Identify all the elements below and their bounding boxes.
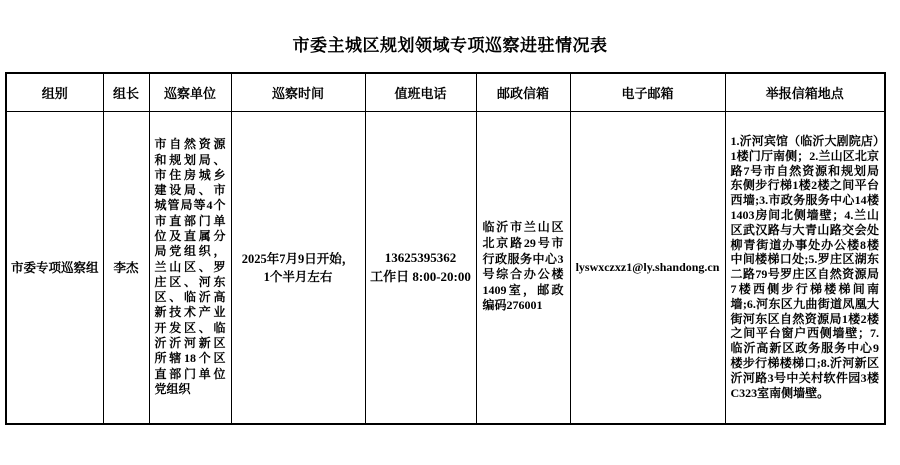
cell-postal: 临沂市兰山区北京路29号市行政服务中心3号综合办公楼1409室，邮政编码2760… <box>476 111 570 424</box>
col-header-leader: 组长 <box>103 73 149 111</box>
cell-locations: 1.沂河宾馆（临沂大剧院店）1楼门厅南侧；2.兰山区北京路7号市自然资源和规划局… <box>725 111 885 424</box>
cell-leader: 李杰 <box>103 111 149 424</box>
col-header-locations: 举报信箱地点 <box>725 73 885 111</box>
col-header-group: 组别 <box>6 73 103 111</box>
col-header-phone: 值班电话 <box>365 73 476 111</box>
col-header-postal: 邮政信箱 <box>476 73 570 111</box>
cell-units: 市自然资源和规划局、市住房城乡建设局、市城管局等4个市直部门单位及直属分局党组织… <box>149 111 231 424</box>
document-page: 市委主城区规划领域专项巡察进驻情况表 组别 组长 巡察单位 巡察时间 值班电话 … <box>0 0 900 465</box>
cell-time: 2025年7月9日开始， 1个半月左右 <box>231 111 365 424</box>
page-title: 市委主城区规划领域专项巡察进驻情况表 <box>0 31 900 56</box>
cell-group: 市委专项巡察组 <box>6 111 103 424</box>
cell-email: lyswxczxz1@ly.shandong.cn <box>570 111 725 424</box>
table-header-row: 组别 组长 巡察单位 巡察时间 值班电话 邮政信箱 电子邮箱 举报信箱地点 <box>6 73 885 111</box>
cell-phone: 13625395362 工作日 8:00-20:00 <box>365 111 476 424</box>
col-header-email: 电子邮箱 <box>570 73 725 111</box>
col-header-units: 巡察单位 <box>149 73 231 111</box>
inspection-table: 组别 组长 巡察单位 巡察时间 值班电话 邮政信箱 电子邮箱 举报信箱地点 市委… <box>5 72 886 425</box>
col-header-time: 巡察时间 <box>231 73 365 111</box>
table-row: 市委专项巡察组 李杰 市自然资源和规划局、市住房城乡建设局、市城管局等4个市直部… <box>6 111 885 424</box>
